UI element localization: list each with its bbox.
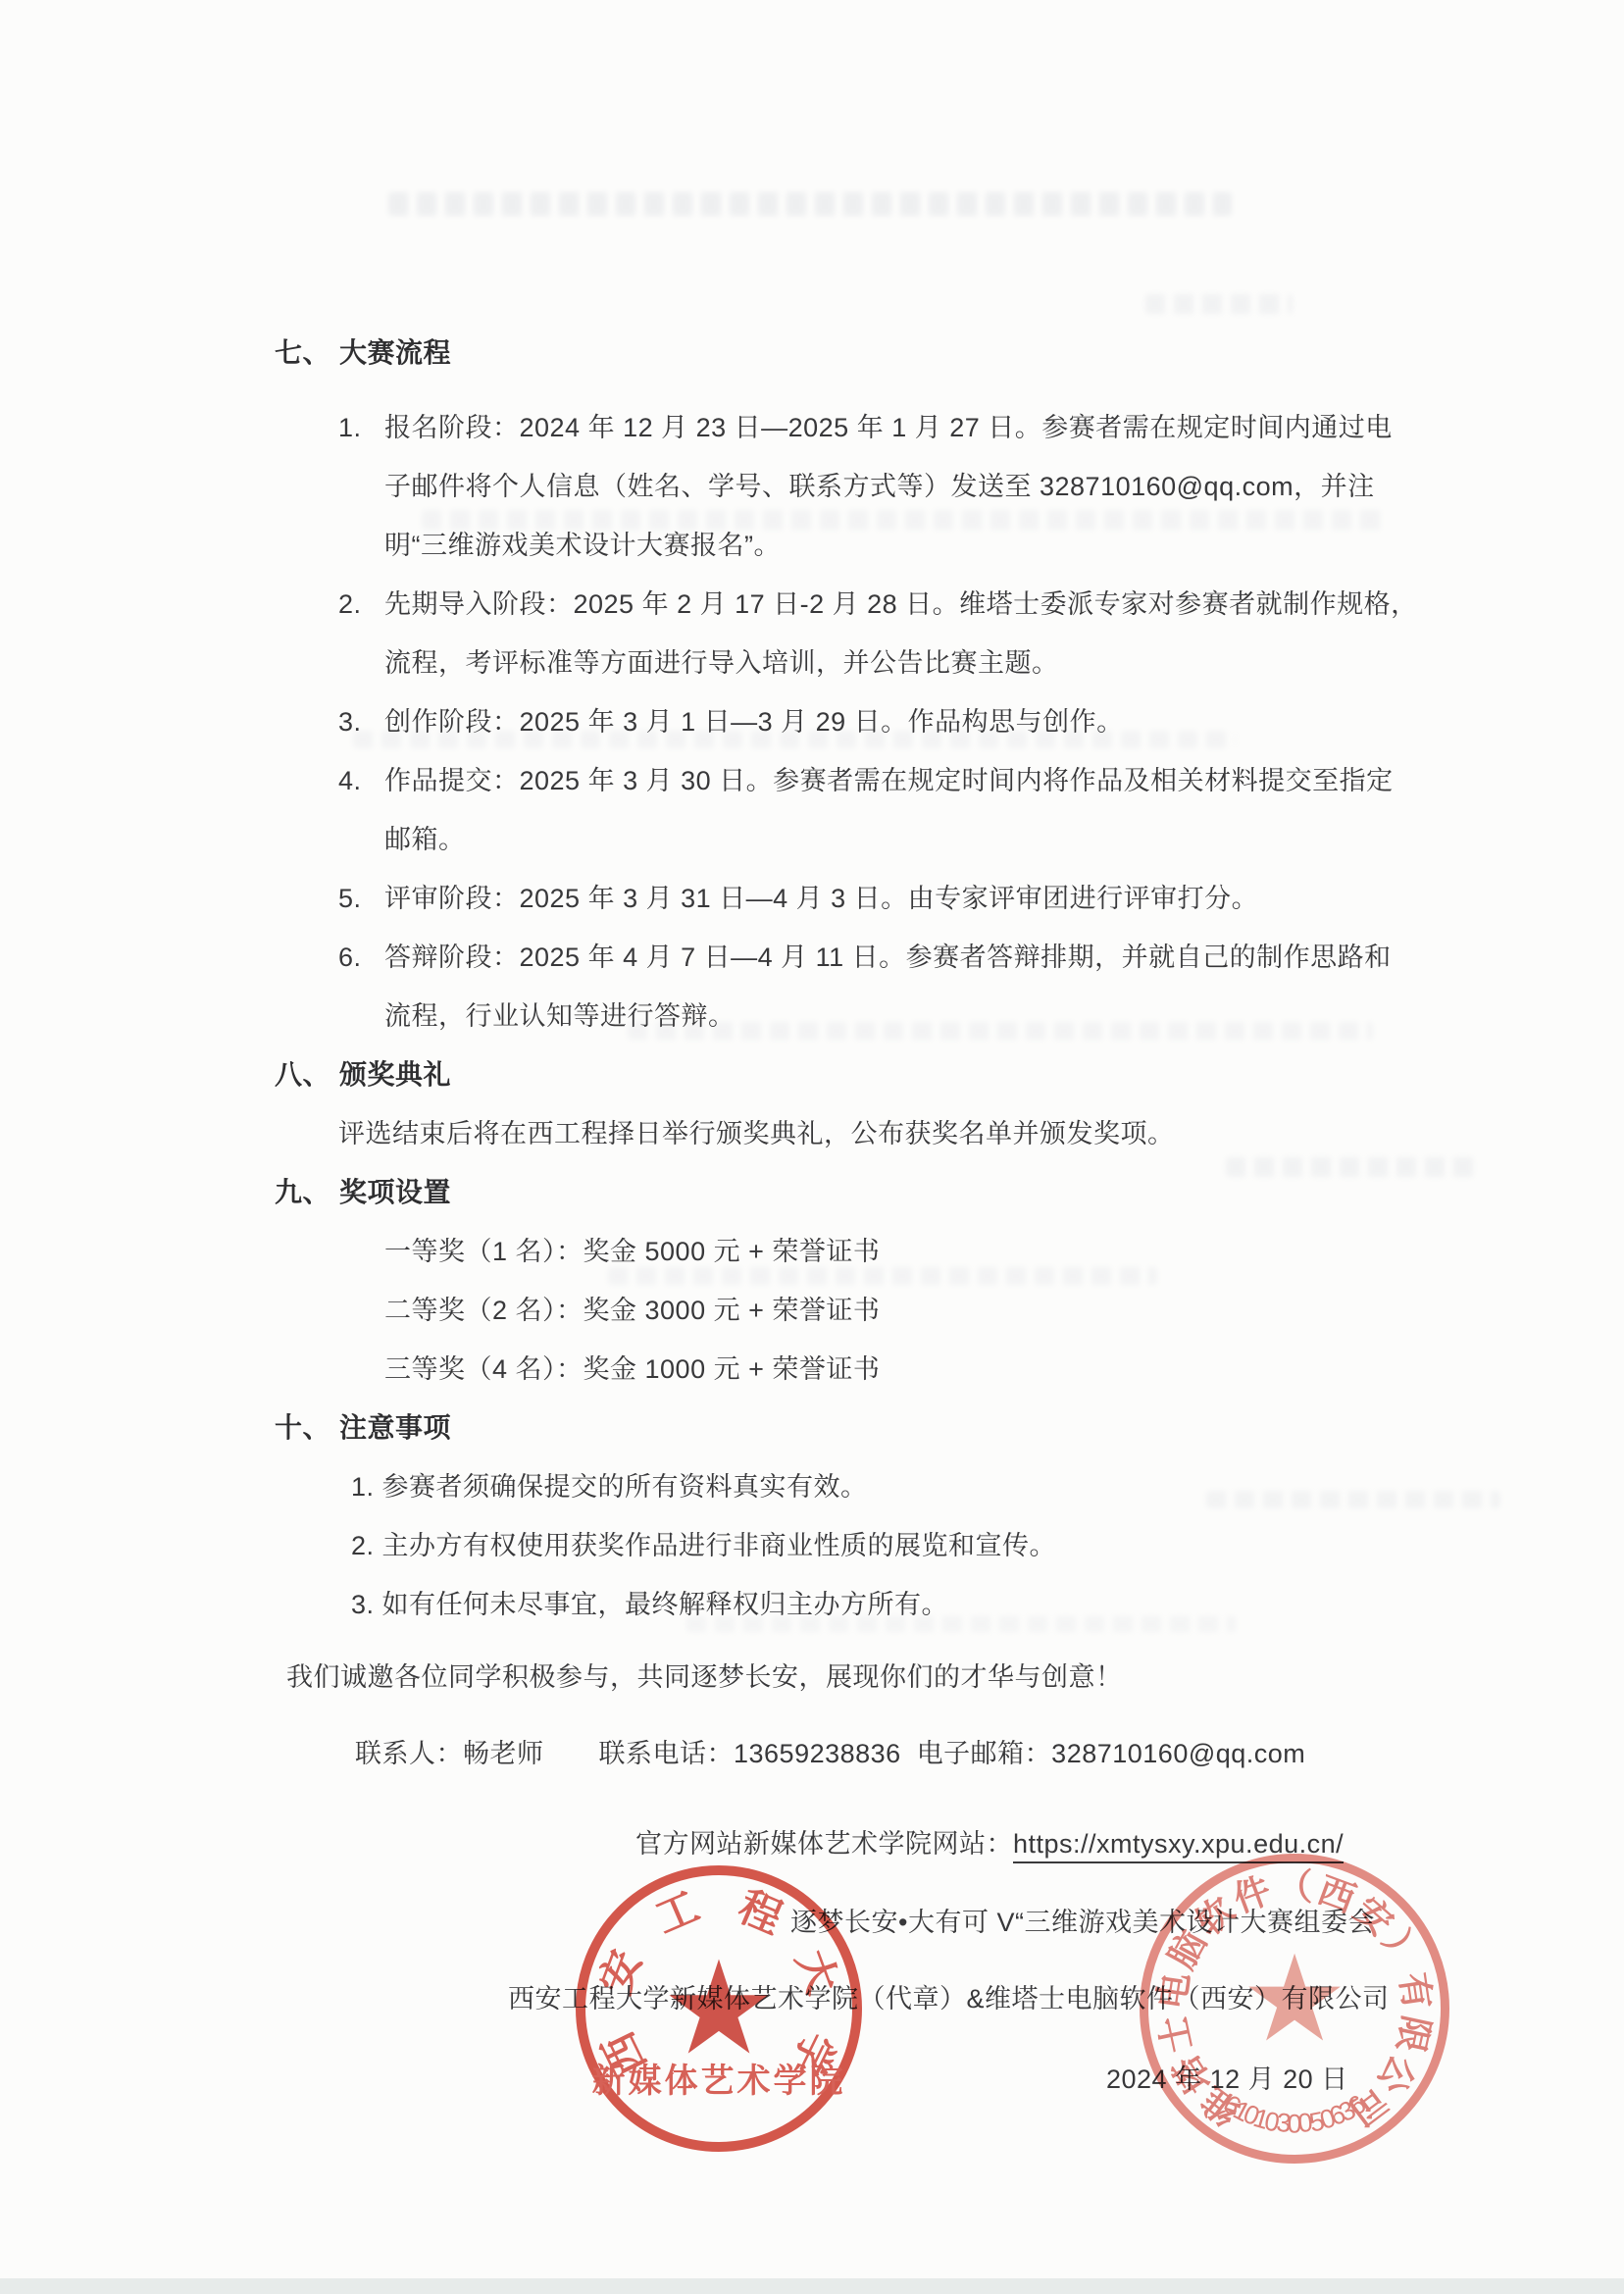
section-heading-9: 九、奖项设置 — [275, 1175, 451, 1210]
item-text-wrap: 流程，考评标准等方面进行导入培训，并公告比赛主题。 — [384, 645, 1059, 681]
item-number: 6. — [338, 940, 384, 975]
item-text: 先期导入阶段：2025 年 2 月 17 日-2 月 28 日。维塔士委派专家对… — [384, 589, 1418, 619]
list-item: 4.作品提交：2025 年 3 月 30 日。参赛者需在规定时间内将作品及相关材… — [338, 763, 1394, 798]
star-icon: ★ — [1241, 1939, 1347, 2059]
prize-line: 二等奖（2 名）：奖金 3000 元 + 荣誉证书 — [384, 1293, 880, 1328]
website-line: 官方网站新媒体艺术学院网站：https://xmtysxy.xpu.edu.cn… — [635, 1826, 1344, 1861]
contact-person: 联系人：畅老师 — [355, 1739, 544, 1768]
invitation-line: 我们诚邀各位同学积极参与，共同逐梦长安，展现你们的才华与创意！ — [286, 1659, 1123, 1695]
scanned-document-page: 七、大赛流程 1.报名阶段：2024 年 12 月 23 日—2025 年 1 … — [0, 0, 1624, 2294]
page-edge-shadow — [0, 2278, 1624, 2294]
list-item: 5.评审阶段：2025 年 3 月 31 日—4 月 3 日。由专家评审团进行评… — [338, 881, 1258, 916]
item-number: 3. — [338, 704, 384, 739]
item-text-wrap: 明“三维游戏美术设计大赛报名”。 — [384, 528, 781, 563]
section-heading-7: 七、大赛流程 — [275, 335, 451, 371]
item-number: 5. — [338, 881, 384, 916]
section-number: 九、 — [275, 1175, 339, 1210]
item-text: 作品提交：2025 年 3 月 30 日。参赛者需在规定时间内将作品及相关材料提… — [384, 766, 1394, 795]
note-line: 1. 参赛者须确保提交的所有资料真实有效。 — [351, 1469, 868, 1504]
item-number: 2. — [338, 586, 384, 622]
bleedthrough-artifact — [388, 192, 1232, 216]
section-heading-8: 八、颁奖典礼 — [275, 1057, 451, 1093]
item-text: 创作阶段：2025 年 3 月 1 日—3 月 29 日。作品构思与创作。 — [384, 707, 1124, 737]
item-text: 答辩阶段：2025 年 4 月 7 日—4 月 11 日。参赛者答辩排期，并就自… — [384, 943, 1392, 972]
item-text-wrap: 邮箱。 — [384, 822, 466, 857]
list-item: 2.先期导入阶段：2025 年 2 月 17 日-2 月 28 日。维塔士委派专… — [338, 586, 1418, 622]
prize-line: 三等奖（4 名）：奖金 1000 元 + 荣誉证书 — [384, 1351, 880, 1387]
contact-phone: 联系电话：13659238836 — [599, 1739, 901, 1768]
university-seal: ★ 新媒体艺术学院 西安工程大学 — [576, 1865, 862, 2152]
bleedthrough-artifact — [1226, 1157, 1481, 1177]
section-body: 评选结束后将在西工程择日举行颁奖典礼，公布获奖名单并颁发奖项。 — [338, 1116, 1175, 1151]
section-title: 颁奖典礼 — [339, 1059, 451, 1090]
list-item: 6.答辩阶段：2025 年 4 月 7 日—4 月 11 日。参赛者答辩排期，并… — [338, 940, 1392, 975]
section-title: 注意事项 — [339, 1412, 451, 1443]
prize-line: 一等奖（1 名）：奖金 5000 元 + 荣誉证书 — [384, 1234, 880, 1269]
seal-arc-char: （ — [1277, 1869, 1313, 1906]
seal-arc-char: 电 — [1153, 1970, 1194, 2012]
item-text-wrap: 子邮件将个人信息（姓名、学号、联系方式等）发送至 328710160@qq.co… — [384, 469, 1375, 504]
bleedthrough-artifact — [608, 1267, 1157, 1285]
contact-email: 电子邮箱：328710160@qq.com — [917, 1739, 1306, 1768]
bleedthrough-artifact — [1206, 1491, 1500, 1508]
list-item: 3.创作阶段：2025 年 3 月 1 日—3 月 29 日。作品构思与创作。 — [338, 704, 1124, 739]
item-text-wrap: 流程，行业认知等进行答辩。 — [384, 998, 736, 1034]
section-number: 八、 — [275, 1057, 339, 1093]
item-text: 报名阶段：2024 年 12 月 23 日—2025 年 1 月 27 日。参赛… — [384, 413, 1393, 442]
section-number: 十、 — [275, 1410, 339, 1446]
section-title: 奖项设置 — [339, 1177, 451, 1207]
seal-arc-char: 限 — [1392, 2013, 1435, 2056]
bleedthrough-artifact — [422, 510, 1383, 530]
contact-line: 联系人：畅老师联系电话：13659238836电子邮箱：328710160@qq… — [355, 1736, 1305, 1771]
company-seal: ★ 维塔士电脑软件（西安）有限公司6101030050636 — [1140, 1854, 1449, 2164]
item-number: 1. — [338, 410, 384, 445]
list-item: 1.报名阶段：2024 年 12 月 23 日—2025 年 1 月 27 日。… — [338, 410, 1393, 445]
website-label: 官方网站新媒体艺术学院网站： — [635, 1829, 1013, 1859]
seal-arc-char: 士 — [1154, 2013, 1197, 2056]
note-line: 3. 如有任何未尽事宜，最终解释权归主办方所有。 — [351, 1587, 948, 1622]
section-number: 七、 — [275, 335, 339, 371]
note-line: 2. 主办方有权使用获奖作品进行非商业性质的展览和宣传。 — [351, 1528, 1056, 1563]
section-heading-10: 十、注意事项 — [275, 1410, 451, 1446]
bleedthrough-artifact — [1145, 294, 1293, 314]
item-text: 评审阶段：2025 年 3 月 31 日—4 月 3 日。由专家评审团进行评审打… — [384, 884, 1258, 913]
bleedthrough-artifact — [628, 1022, 1373, 1040]
item-number: 4. — [338, 763, 384, 798]
seal-arc-char: 有 — [1395, 1970, 1436, 2012]
section-title: 大赛流程 — [339, 337, 451, 368]
